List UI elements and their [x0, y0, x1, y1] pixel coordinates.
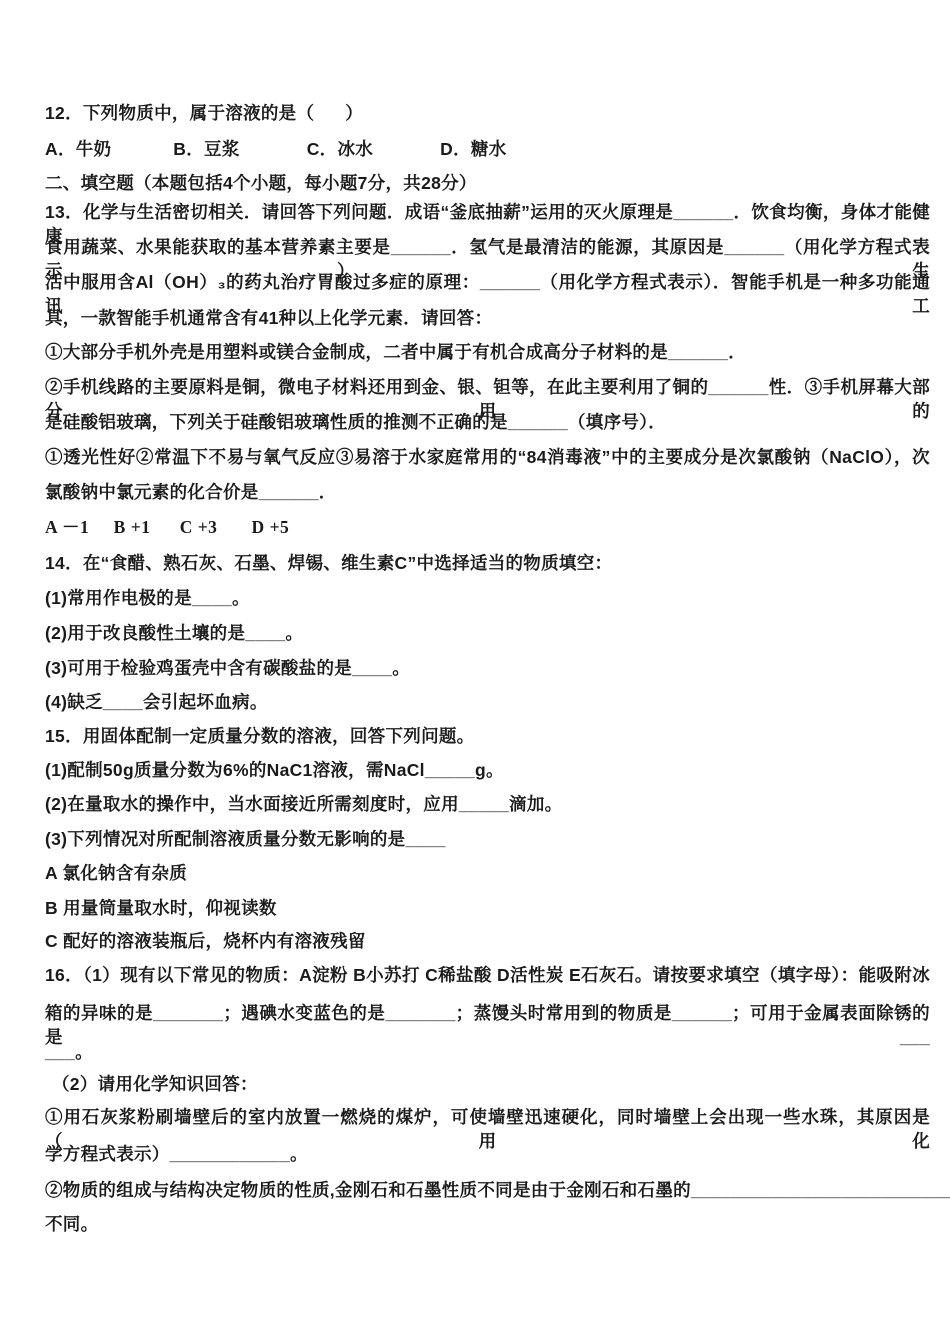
q16-part2-header: （2）请用化学知识回答：	[52, 1072, 930, 1096]
q12-options: A．牛奶 B．豆浆 C．冰水 D．糖水	[45, 137, 930, 161]
q14-stem: 14．在“食醋、熟石灰、石墨、焊锡、维生素C”中选择适当的物质填空：	[45, 551, 930, 575]
q16-line1: 16．（1）现有以下常见的物质：A淀粉 B小苏打 C稀盐酸 D活性炭 E石灰石。…	[45, 963, 930, 987]
q13-valence-options: A －1 B +1 C +3 D +5	[45, 515, 930, 539]
q16-part2-sub1b: 学方程式表示）____________。	[45, 1142, 930, 1166]
q15-blank3: (3)下列情况对所配制溶液质量分数无影响的是____	[45, 827, 930, 851]
q16-part2-sub2a: ②物质的组成与结构决定物质的性质,金刚石和石墨性质不同是由于金刚石和石墨的___…	[45, 1178, 930, 1202]
q16-line3: ___。	[45, 1040, 930, 1064]
q13-sub3: 是硅酸铝玻璃，下列关于硅酸铝玻璃性质的推测不正确的是______（填序号）．	[45, 410, 930, 434]
q14-blank4: (4)缺乏____会引起坏血病。	[45, 690, 930, 714]
q14-blank1: (1)常用作电极的是____。	[45, 586, 930, 610]
q13-sub1: ①大部分手机外壳是用塑料或镁合金制成，二者中属于有机合成高分子材料的是_____…	[45, 340, 930, 364]
section2-header: 二、填空题（本题包括4个小题，每小题7分，共28分）	[45, 171, 930, 195]
q15-stem: 15．用固体配制一定质量分数的溶液，回答下列问题。	[45, 724, 930, 748]
q16-part2-sub2b: 不同。	[45, 1212, 930, 1236]
q13-line4: 具，一款智能手机通常含有41种以上化学元素．请回答：	[45, 306, 930, 330]
q12-stem: 12．下列物质中，属于溶液的是（ ）	[45, 101, 930, 125]
q14-blank3: (3)可用于检验鸡蛋壳中含有碳酸盐的是____。	[45, 656, 930, 680]
q15-blank1: (1)配制50g质量分数为6%的NaC1溶液，需NaCl_____g。	[45, 758, 930, 782]
q14-blank2: (2)用于改良酸性土壤的是____。	[45, 621, 930, 645]
q13-valence-line: 氯酸钠中氯元素的化合价是______．	[45, 480, 930, 504]
q15-option-b: B 用量筒量取水时，仰视读数	[45, 896, 930, 920]
q15-option-c: C 配好的溶液装瓶后，烧杯内有溶液残留	[45, 929, 930, 953]
exam-document-page: 12．下列物质中，属于溶液的是（ ）A．牛奶 B．豆浆 C．冰水 D．糖水二、填…	[0, 0, 950, 1344]
q15-blank2: (2)在量取水的操作中，当水面接近所需刻度时，应用_____滴加。	[45, 792, 930, 816]
q15-option-a: A 氯化钠含有杂质	[45, 861, 930, 885]
q13-choices-line: ①透光性好②常温下不易与氧气反应③易溶于水家庭常用的“84消毒液”中的主要成分是…	[45, 445, 930, 469]
